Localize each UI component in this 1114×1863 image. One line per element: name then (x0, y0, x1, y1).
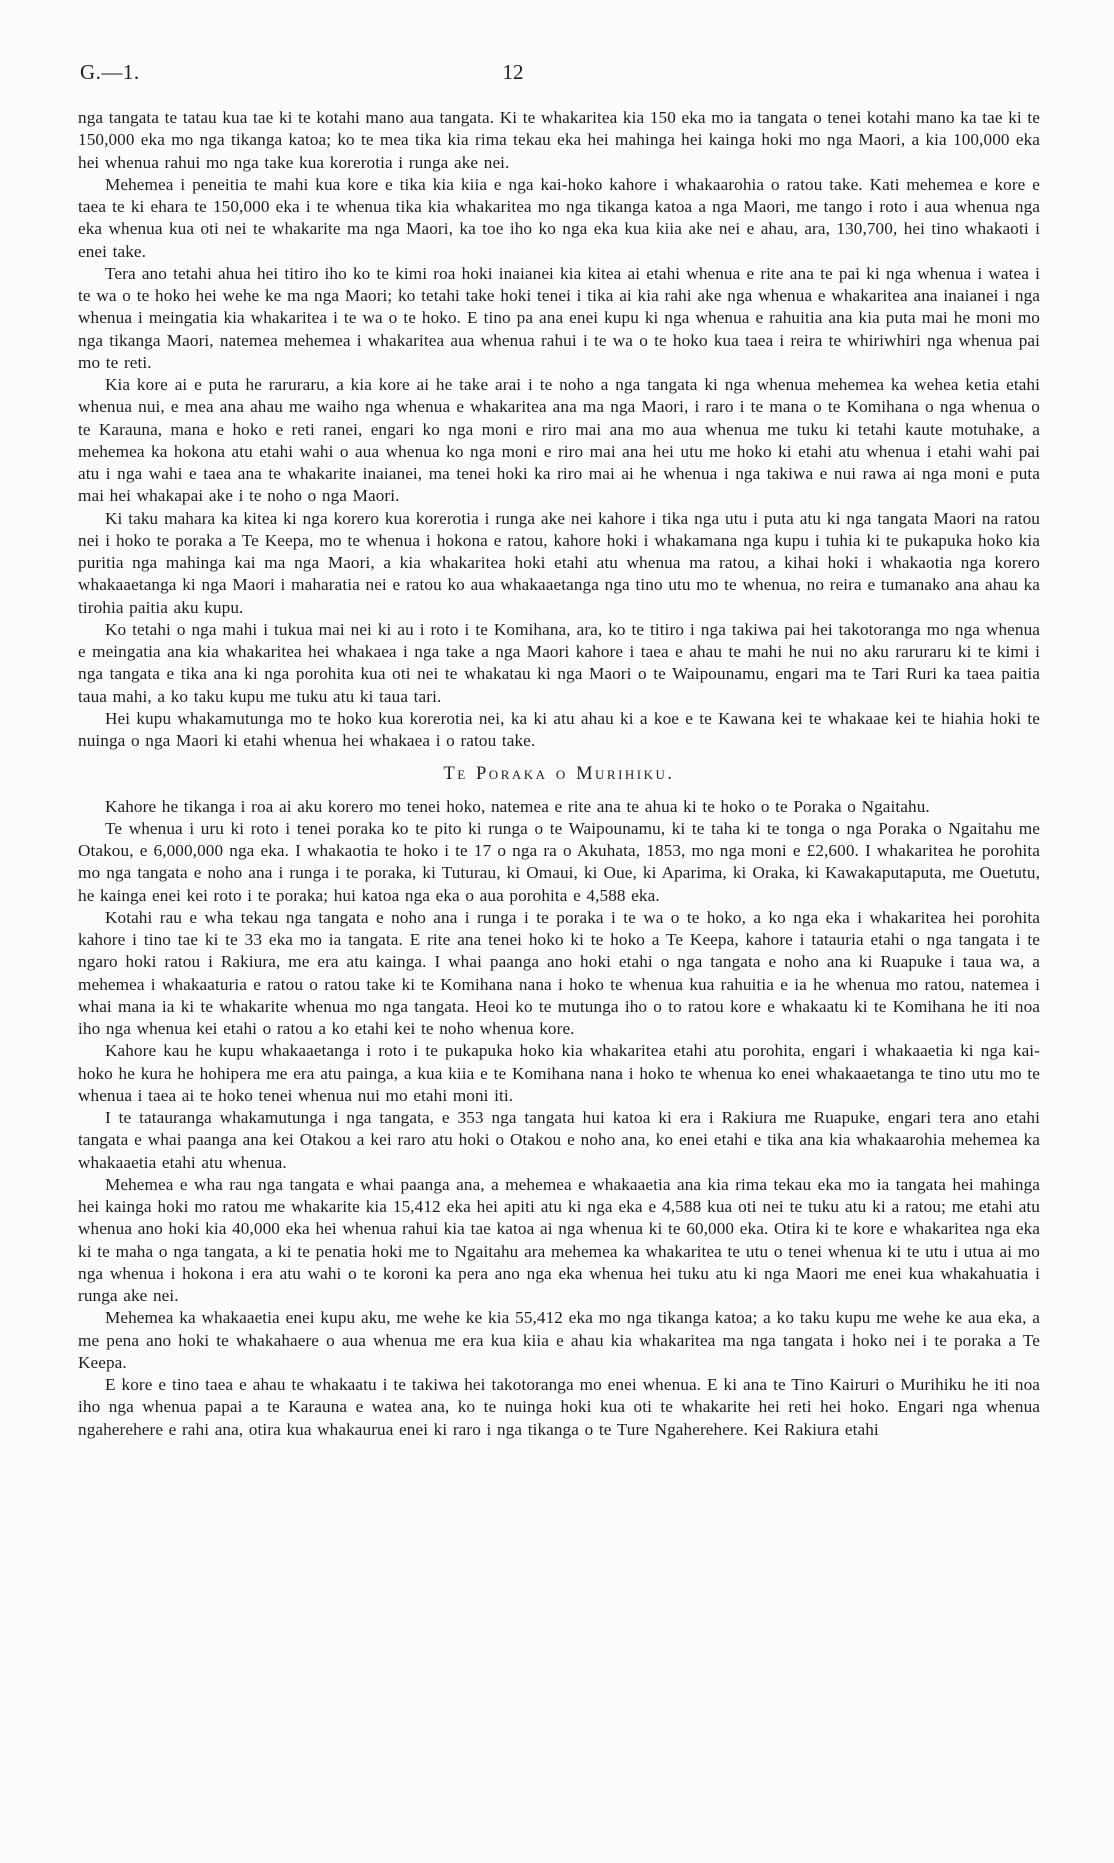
paragraph: Ko tetahi o nga mahi i tukua mai nei ki … (78, 619, 1040, 708)
paragraph: Kotahi rau e wha tekau nga tangata e noh… (78, 907, 1040, 1041)
paragraph: Kahore he tikanga i roa ai aku korero mo… (78, 796, 1040, 818)
paragraphs-before-heading: nga tangata te tatau kua tae ki te kotah… (78, 107, 1040, 752)
paragraph: nga tangata te tatau kua tae ki te kotah… (78, 107, 1040, 174)
paragraph: E kore e tino taea e ahau te whakaatu i … (78, 1374, 1040, 1441)
paragraph: I te tatauranga whakamutunga i nga tanga… (78, 1107, 1040, 1174)
section-heading: Te Poraka o Murihiku. (78, 763, 1040, 785)
document-page: G.—1. 12 nga tangata te tatau kua tae ki… (0, 0, 1114, 1863)
paragraph: Tera ano tetahi ahua hei titiro iho ko t… (78, 263, 1040, 374)
paragraph: Ki taku mahara ka kitea ki nga korero ku… (78, 508, 1040, 619)
page-header: G.—1. 12 (80, 60, 1040, 92)
paragraph: Hei kupu whakamutunga mo te hoko kua kor… (78, 708, 1040, 753)
paragraph: Te whenua i uru ki roto i tenei poraka k… (78, 818, 1040, 907)
body-text: nga tangata te tatau kua tae ki te kotah… (78, 107, 1040, 1441)
page-number: 12 (80, 60, 946, 85)
paragraphs-after-heading: Kahore he tikanga i roa ai aku korero mo… (78, 796, 1040, 1441)
paragraph: Mehemea ka whakaaetia enei kupu aku, me … (78, 1307, 1040, 1374)
paragraph: Mehemea i peneitia te mahi kua kore e ti… (78, 174, 1040, 263)
paragraph: Kahore kau he kupu whakaaetanga i roto i… (78, 1040, 1040, 1107)
paragraph: Mehemea e wha rau nga tangata e whai paa… (78, 1174, 1040, 1308)
paragraph: Kia kore ai e puta he raruraru, a kia ko… (78, 374, 1040, 508)
